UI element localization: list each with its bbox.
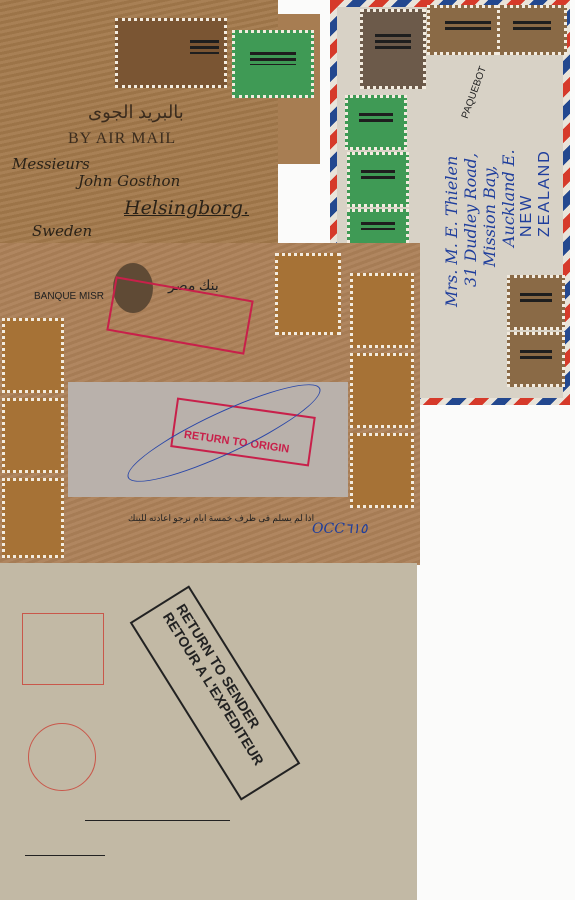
- return-to-origin-cachet: [106, 276, 253, 354]
- address-line: Mission Bay,: [480, 149, 499, 267]
- footer-arabic: اذا لم يسلم فى ظرف خمسة ايام نرجو اعادته…: [128, 513, 314, 524]
- stamp: [350, 273, 414, 348]
- postmark: PAQUEBOT: [460, 65, 489, 120]
- stamp: [2, 398, 64, 473]
- obliteration-bars: [361, 222, 395, 229]
- obliteration-bars: [445, 21, 491, 31]
- obliteration-bars: [520, 350, 551, 361]
- meter-postmark: [28, 723, 96, 791]
- stamp: [507, 332, 565, 387]
- address-line: Sweden: [32, 222, 92, 240]
- address-line: Helsingborg.: [124, 197, 249, 219]
- obliteration-bars: [375, 34, 411, 50]
- return-to-sender-cachet: RETURN TO SENDER RETOUR A L'EXPEDITEUR: [130, 585, 301, 800]
- address-line: Mrs. M. E. Thielen: [442, 149, 461, 307]
- stamp-airmail: [115, 18, 227, 88]
- underline: [25, 855, 105, 856]
- underline: [85, 820, 230, 821]
- handwritten-number: OCC٦١٥: [312, 521, 367, 537]
- obliteration-bars: [250, 52, 296, 66]
- stamp: [2, 478, 64, 558]
- sender-name: BANQUE MISR: [34, 291, 104, 302]
- address-line: 31 Dudley Road,: [461, 149, 480, 287]
- envelope-return-to-sender: RETURN TO SENDER RETOUR A L'EXPEDITEUR: [0, 563, 417, 900]
- meter-mark: [22, 613, 104, 685]
- stamp: [497, 5, 567, 55]
- address-line: Auckland E.: [499, 149, 518, 247]
- address-country: NEW ZEALAND: [518, 149, 554, 237]
- envelope-airmail-sweden: بالبريد الجوى BY AIR MAIL Messieurs John…: [0, 0, 278, 250]
- stamp-king: [232, 30, 314, 98]
- envelope-window: RETURN TO ORIGIN: [68, 382, 348, 497]
- obliteration-bars: [190, 40, 219, 54]
- airmail-arabic: بالبريد الجوى: [88, 102, 184, 123]
- obliteration-bars: [513, 21, 551, 31]
- airmail-label: BY AIR MAIL: [68, 130, 176, 148]
- stamp: [347, 152, 409, 207]
- address-block: Mrs. M. E. Thielen 31 Dudley Road, Missi…: [442, 149, 554, 307]
- address-line: Messieurs: [12, 155, 90, 173]
- stamp: [350, 433, 414, 508]
- stamp: [360, 9, 426, 89]
- stamp: [275, 253, 341, 335]
- stamp: [345, 95, 407, 150]
- cachet-line: RETURN TO SENDER: [173, 601, 290, 776]
- stamp: [350, 353, 414, 428]
- obliteration-bars: [359, 113, 393, 124]
- stamp: [2, 318, 64, 393]
- obliteration-bars: [361, 170, 395, 181]
- address-line: John Gosthon: [78, 172, 180, 190]
- cachet-line: RETOUR A L'EXPEDITEUR: [160, 609, 277, 784]
